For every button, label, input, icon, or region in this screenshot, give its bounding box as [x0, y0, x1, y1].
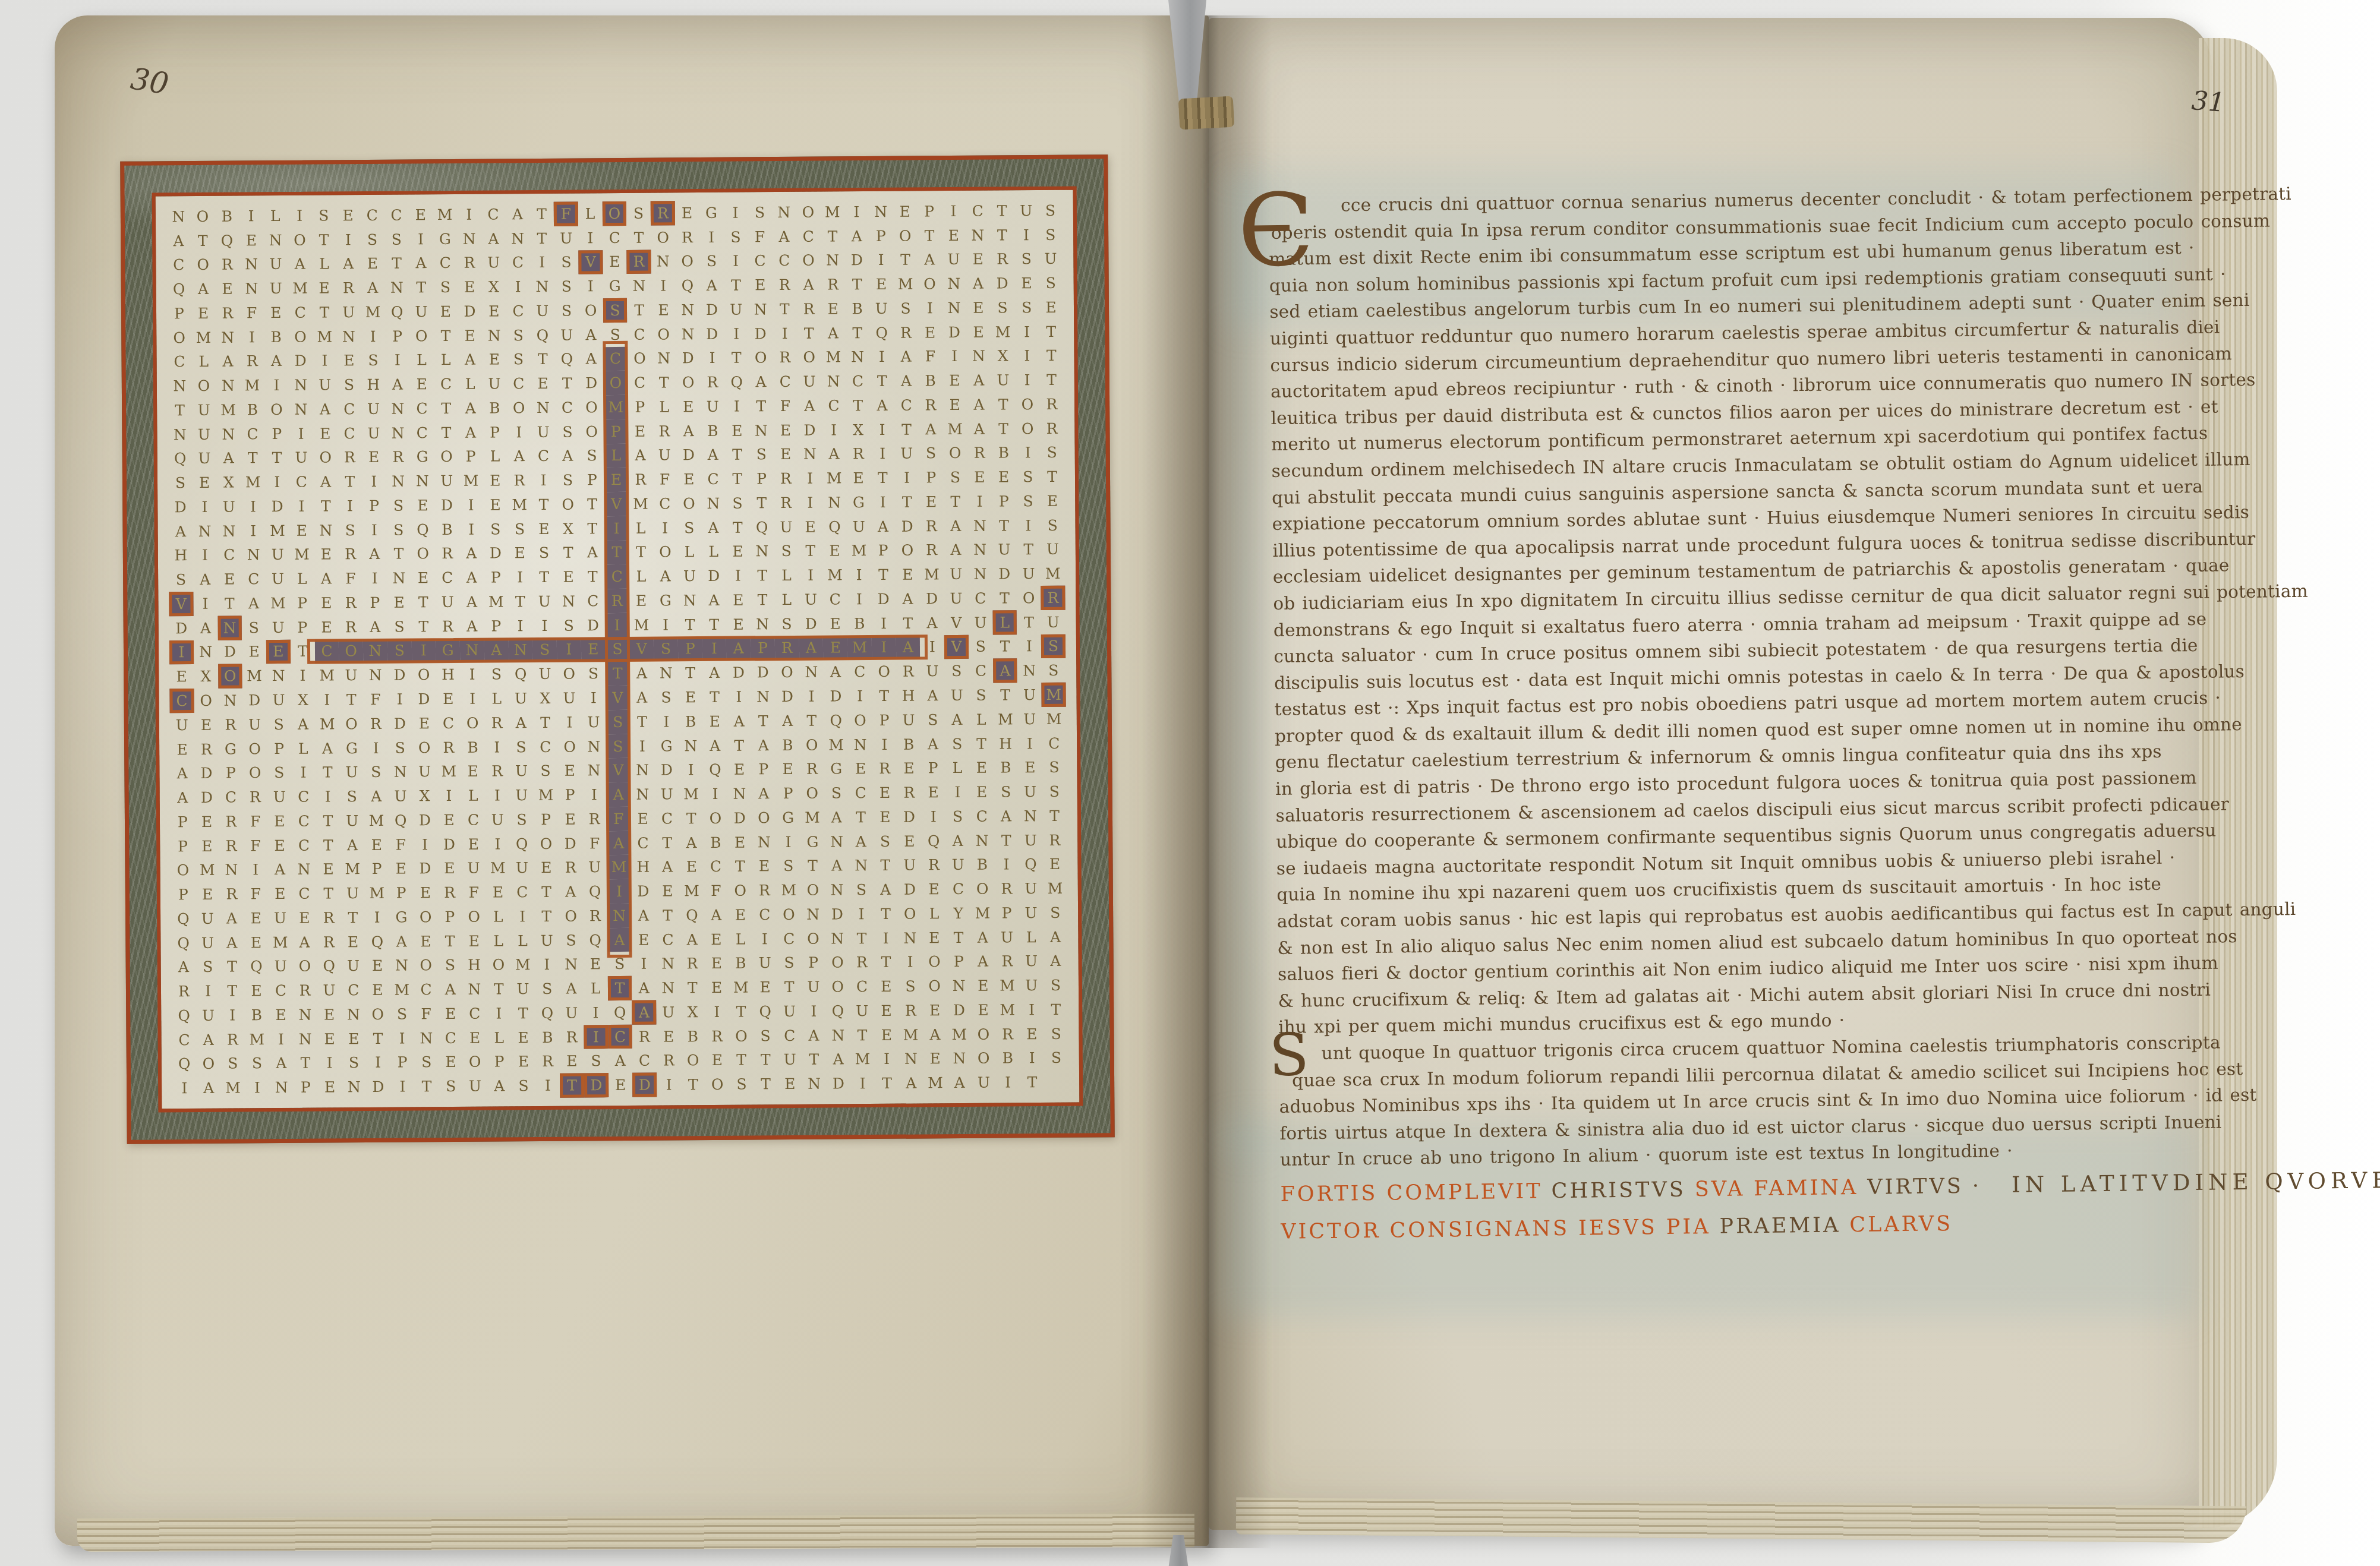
grid-cell: N: [292, 857, 316, 882]
grid-cell: V: [169, 592, 193, 616]
grid-cell: D: [751, 661, 775, 685]
grid-cell: I: [291, 664, 315, 688]
grid-cell: L: [409, 348, 434, 372]
grid-cell: N: [654, 661, 678, 686]
grid-cell: T: [265, 446, 289, 470]
grid-cell: U: [462, 856, 486, 880]
grid-cell: M: [995, 973, 1020, 997]
grid-cell: N: [506, 226, 530, 251]
grid-cell: O: [339, 639, 363, 664]
grid-cell: M: [970, 901, 995, 926]
grid-cell: R: [293, 978, 317, 1003]
grid-cell: I: [508, 565, 532, 589]
grid-cell: O: [365, 1002, 390, 1027]
grid-cell: R: [605, 589, 629, 613]
grid-cell: U: [799, 588, 823, 612]
grid-cell: O: [602, 201, 626, 226]
grid-cell: L: [729, 927, 753, 951]
grid-cell: I: [847, 587, 871, 611]
grid-cell: A: [699, 273, 724, 298]
grid-cell: T: [969, 731, 994, 756]
grid-cell: C: [288, 301, 313, 325]
grid-cell: U: [582, 855, 607, 880]
grid-cell: A: [556, 444, 580, 468]
grid-cell: A: [751, 733, 776, 757]
grid-cell: G: [219, 737, 243, 761]
grid-cell: M: [821, 345, 846, 370]
grid-cell: T: [751, 709, 776, 733]
grid-cell: U: [797, 370, 821, 394]
grid-cell: A: [336, 252, 361, 276]
grid-cell: B: [435, 517, 459, 542]
grid-cell: E: [1043, 852, 1067, 876]
grid-cell: I: [265, 470, 289, 494]
grid-cell: A: [896, 587, 920, 611]
grid-cell: N: [387, 566, 411, 591]
grid-cell: H: [631, 855, 655, 879]
grid-cell: L: [652, 394, 676, 419]
grid-cell: N: [627, 274, 651, 298]
grid-cell: E: [462, 929, 486, 953]
grid-cell: A: [608, 1049, 632, 1073]
grid-cell: L: [1019, 925, 1044, 949]
grid-cell: E: [264, 301, 288, 325]
grid-cell: I: [317, 1051, 342, 1075]
grid-cell: U: [945, 683, 969, 708]
grid-cell: E: [678, 685, 702, 709]
grid-cell: A: [822, 442, 846, 466]
grid-cell: H: [361, 372, 386, 397]
grid-cell: D: [631, 879, 655, 904]
grid-cell: Q: [317, 954, 341, 978]
grid-cell: H: [462, 953, 487, 977]
grid-cell: S: [654, 637, 678, 661]
grid-cell: R: [1039, 392, 1064, 416]
grid-cell: N: [848, 733, 872, 757]
grid-cell: C: [655, 927, 680, 952]
grid-cell: I: [726, 564, 750, 588]
grid-cell: M: [629, 612, 654, 637]
grid-cell: O: [775, 660, 799, 684]
grid-cell: A: [171, 785, 195, 810]
grid-cell: L: [486, 904, 510, 929]
grid-cell: A: [967, 393, 991, 417]
grid-cell: S: [512, 1074, 536, 1098]
grid-cell: M: [604, 395, 628, 419]
grid-cell: A: [701, 516, 726, 540]
grid-cell: M: [607, 855, 631, 879]
grid-cell: E: [560, 1049, 584, 1074]
grid-cell: C: [341, 978, 365, 1002]
grid-cell: S: [532, 637, 557, 662]
grid-cell: I: [752, 927, 777, 951]
grid-cell: E: [461, 832, 486, 856]
grid-cell: C: [169, 689, 194, 713]
grid-cell: E: [778, 1072, 802, 1096]
grid-cell: N: [241, 543, 266, 567]
grid-cell: M: [290, 542, 314, 567]
grid-cell: V: [606, 758, 631, 782]
grid-cell: E: [486, 880, 510, 904]
grid-cell: N: [216, 422, 241, 446]
grid-cell: A: [821, 321, 846, 345]
grid-cell: E: [194, 713, 218, 737]
grid-cell: E: [482, 348, 506, 372]
grid-cell: U: [850, 999, 874, 1023]
grid-cell: T: [291, 639, 315, 664]
grid-cell: T: [627, 298, 651, 323]
grid-cell: B: [240, 397, 264, 422]
grid-cell: P: [921, 756, 945, 781]
grid-cell: S: [506, 323, 531, 348]
grid-cell: S: [555, 419, 579, 444]
grid-cell: Q: [389, 808, 413, 832]
grid-cell: A: [632, 976, 656, 1000]
grid-cell: T: [993, 634, 1017, 659]
grid-cell: R: [894, 320, 918, 345]
grid-cell: A: [409, 251, 433, 276]
grid-cell: N: [341, 1002, 365, 1027]
grid-cell: T: [560, 1074, 584, 1098]
grid-cell: A: [579, 347, 603, 371]
grid-cell: B: [970, 853, 994, 877]
grid-cell: N: [752, 830, 776, 854]
grid-cell: C: [291, 785, 316, 809]
grid-cell: E: [438, 1002, 462, 1026]
grid-cell: F: [338, 566, 362, 591]
grid-cell: O: [777, 902, 801, 927]
grid-cell: E: [873, 805, 897, 829]
grid-cell: C: [292, 882, 316, 906]
grid-cell: O: [800, 733, 824, 757]
grid-cell: P: [534, 807, 558, 832]
grid-cell: A: [269, 1051, 294, 1075]
grid-cell: R: [752, 878, 777, 902]
grid-cell: F: [554, 201, 578, 226]
grid-cell: U: [535, 928, 559, 952]
grid-cell: R: [437, 880, 462, 905]
grid-cell: T: [1017, 610, 1041, 634]
grid-cell: A: [630, 661, 654, 686]
grid-cell: P: [267, 736, 291, 760]
grid-cell: I: [239, 204, 263, 228]
grid-cell: R: [994, 876, 1019, 901]
grid-cell: T: [724, 273, 748, 298]
grid-cell: U: [242, 712, 267, 737]
grid-cell: S: [168, 471, 193, 495]
grid-cell: T: [606, 661, 630, 686]
grid-cell: C: [384, 203, 409, 227]
grid-cell: R: [774, 491, 798, 515]
grid-cell: T: [754, 1072, 778, 1096]
grid-cell: I: [460, 662, 484, 687]
grid-cell: O: [171, 858, 195, 882]
grid-cell: M: [437, 759, 461, 784]
grid-cell: Q: [826, 999, 850, 1023]
grid-cell: I: [1014, 223, 1038, 247]
grid-cell: R: [219, 809, 243, 833]
grid-cell: A: [559, 977, 584, 1001]
grid-cell: E: [267, 833, 292, 858]
grid-cell: E: [436, 687, 461, 711]
grid-cell: E: [655, 879, 680, 903]
folio-number-right: 31: [2190, 86, 2225, 118]
grid-cell: T: [726, 515, 750, 539]
grid-cell: R: [582, 807, 607, 831]
grid-cell: T: [531, 492, 556, 517]
grid-cell: A: [679, 831, 704, 855]
rubric-segment: CHRISTVS: [1551, 1177, 1695, 1203]
grid-cell: S: [267, 760, 291, 785]
grid-cell: E: [242, 640, 266, 664]
grid-cell: S: [1044, 973, 1068, 997]
grid-cell: U: [1017, 683, 1042, 707]
grid-cell: E: [705, 1048, 729, 1072]
grid-cell: I: [530, 250, 554, 274]
grid-cell: I: [798, 491, 822, 515]
grid-cell: I: [584, 1025, 608, 1049]
grid-cell: O: [414, 954, 438, 978]
grid-cell: E: [314, 615, 339, 639]
grid-cell: N: [869, 200, 893, 224]
grid-cell: B: [918, 368, 942, 393]
grid-cell: U: [559, 1000, 584, 1025]
grid-cell: E: [195, 810, 219, 834]
grid-cell: D: [702, 564, 726, 588]
grid-cell: A: [196, 1027, 220, 1052]
grid-cell: B: [994, 756, 1018, 780]
grid-cell: S: [196, 955, 220, 979]
grid-cell: O: [628, 346, 652, 371]
grid-cell: I: [724, 249, 748, 273]
grid-cell: M: [824, 733, 848, 757]
grid-cell: A: [216, 446, 241, 471]
grid-cell: C: [631, 831, 655, 855]
grid-cell: U: [991, 368, 1015, 393]
grid-cell: I: [1017, 731, 1042, 756]
grid-cell: S: [532, 541, 556, 565]
grid-cell: T: [893, 248, 918, 272]
grid-cell: N: [556, 589, 581, 614]
grid-cell: M: [341, 857, 365, 881]
grid-cell: S: [945, 732, 969, 756]
grid-cell: T: [626, 225, 651, 250]
grid-cell: A: [726, 636, 751, 661]
grid-cell: N: [676, 298, 700, 322]
grid-cell: P: [364, 857, 389, 881]
grid-cell: L: [312, 252, 336, 276]
grid-cell: P: [171, 882, 196, 907]
grid-cell: S: [1041, 658, 1066, 683]
grid-cell: I: [702, 636, 726, 661]
grid-cell: I: [870, 418, 894, 442]
grid-cell: A: [923, 1022, 947, 1047]
grid-cell: C: [414, 977, 438, 1002]
grid-cell: I: [336, 228, 360, 252]
grid-cell: E: [872, 781, 897, 805]
grid-cell: P: [484, 566, 508, 590]
prose-text-block: Є S cce crucis dni quattuor cornua senar…: [1268, 185, 2190, 1255]
grid-cell: C: [894, 393, 919, 418]
grid-cell: I: [994, 853, 1019, 877]
grid-cell: L: [458, 372, 483, 396]
grid-cell: S: [677, 516, 701, 540]
grid-cell: A: [509, 711, 533, 735]
grid-cell: I: [557, 710, 582, 734]
grid-cell: T: [556, 541, 581, 565]
grid-cell: R: [219, 833, 244, 858]
grid-cell: U: [1016, 561, 1041, 586]
grid-cell: O: [1015, 392, 1039, 416]
grid-cell: I: [362, 469, 386, 494]
grid-cell: N: [826, 1023, 850, 1047]
grid-cell: E: [337, 349, 361, 373]
grid-cell: S: [390, 1002, 414, 1026]
grid-cell: P: [871, 538, 896, 563]
grid-cell: Q: [869, 321, 894, 345]
grid-cell: M: [313, 324, 337, 349]
grid-cell: I: [193, 592, 217, 616]
grid-cell: O: [895, 538, 919, 563]
grid-cell: I: [657, 1073, 681, 1097]
grid-cell: C: [292, 809, 316, 833]
rubric-segment: FORTIS COMPLEVIT: [1280, 1179, 1552, 1207]
grid-cell: S: [729, 1072, 754, 1097]
grid-cell: A: [291, 712, 316, 736]
grid-cell: B: [264, 325, 288, 349]
grid-cell: G: [800, 829, 825, 854]
grid-cell: N: [967, 513, 992, 538]
grid-cell: E: [923, 998, 947, 1022]
grid-cell: U: [264, 276, 288, 301]
grid-cell: I: [364, 735, 388, 760]
grid-cell: S: [579, 444, 604, 468]
grid-cell: M: [995, 997, 1020, 1022]
grid-cell: U: [554, 226, 578, 250]
grid-cell: G: [389, 905, 414, 929]
grid-cell: I: [996, 1071, 1020, 1095]
grid-cell: E: [823, 636, 847, 660]
grid-cell: E: [773, 442, 797, 466]
grid-cell: E: [462, 1025, 487, 1050]
grid-cell: T: [943, 490, 967, 514]
grid-cell: I: [506, 274, 530, 299]
grid-cell: Q: [824, 708, 848, 733]
grid-cell: I: [461, 687, 485, 711]
grid-cell: T: [434, 396, 458, 421]
grid-cell: M: [629, 492, 653, 516]
grid-cell: T: [316, 760, 340, 785]
grid-cell: E: [389, 857, 413, 881]
grid-cell: N: [342, 1075, 366, 1099]
grid-cell: A: [896, 635, 921, 659]
grid-cell: I: [193, 543, 217, 567]
grid-cell: U: [510, 855, 534, 880]
grid-cell: A: [316, 736, 340, 760]
grid-cell: U: [677, 564, 702, 588]
grid-cell: P: [917, 199, 941, 223]
grid-cell: U: [289, 446, 313, 470]
grid-cell: S: [748, 200, 772, 225]
grid-cell: N: [266, 664, 291, 688]
grid-cell: F: [243, 833, 267, 858]
grid-cell: U: [268, 906, 292, 930]
grid-cell: M: [679, 782, 703, 806]
grid-cell: A: [314, 567, 339, 591]
grid-cell: C: [821, 393, 846, 418]
grid-cell: C: [510, 880, 534, 904]
grid-cell: T: [316, 833, 341, 857]
grid-cell: G: [436, 638, 460, 662]
grid-cell: S: [749, 443, 774, 467]
grid-cell: T: [749, 394, 773, 418]
grid-cell: D: [844, 248, 869, 273]
grid-cell: U: [530, 299, 554, 323]
grid-cell: A: [458, 420, 483, 444]
grid-cell: T: [729, 1048, 754, 1072]
grid-cell: B: [215, 204, 239, 228]
grid-cell: E: [922, 877, 946, 901]
grid-cell: D: [775, 684, 799, 709]
grid-cell: P: [294, 1075, 318, 1100]
grid-cell: A: [704, 903, 729, 927]
grid-cell: Q: [680, 903, 704, 927]
grid-cell: P: [385, 324, 409, 348]
grid-cell: T: [217, 592, 242, 616]
grid-cell: S: [535, 977, 559, 1001]
grid-cell: A: [655, 855, 680, 879]
grid-cell: L: [774, 563, 799, 588]
grid-cell: E: [677, 467, 701, 491]
grid-cell: U: [532, 662, 557, 686]
grid-cell: E: [726, 539, 750, 564]
grid-cell: C: [314, 639, 339, 664]
grid-cell: M: [942, 417, 967, 441]
grid-cell: E: [752, 854, 777, 879]
grid-cell: E: [874, 974, 899, 999]
grid-cell: N: [293, 1027, 317, 1051]
grid-cell: P: [484, 614, 508, 638]
grid-cell: N: [389, 954, 414, 978]
grid-cell: S: [1016, 465, 1040, 489]
grid-cell: R: [243, 785, 267, 809]
grid-cell: A: [870, 393, 894, 418]
grid-cell: O: [676, 370, 701, 394]
grid-cell: E: [412, 711, 436, 735]
grid-cell: I: [844, 200, 869, 224]
grid-cell: A: [947, 1071, 972, 1095]
grid-cell: D: [871, 587, 896, 611]
grid-cell: G: [776, 806, 800, 830]
grid-cell: T: [411, 614, 436, 639]
grid-cell: U: [1019, 949, 1044, 973]
grid-cell: M: [820, 200, 844, 224]
grid-cell: N: [942, 271, 966, 296]
grid-cell: O: [196, 1052, 220, 1076]
grid-cell: M: [1041, 561, 1065, 586]
grid-cell: U: [266, 567, 290, 591]
grid-cell: C: [628, 322, 652, 346]
grid-cell: I: [604, 516, 629, 541]
grid-cell: O: [434, 444, 459, 469]
grid-cell: S: [433, 275, 458, 299]
grid-cell: U: [361, 421, 386, 446]
grid-cell: E: [971, 974, 995, 998]
grid-cell: P: [483, 420, 507, 444]
grid-cell: U: [481, 251, 506, 275]
grid-cell: R: [435, 541, 459, 566]
grid-cell: I: [362, 566, 387, 591]
